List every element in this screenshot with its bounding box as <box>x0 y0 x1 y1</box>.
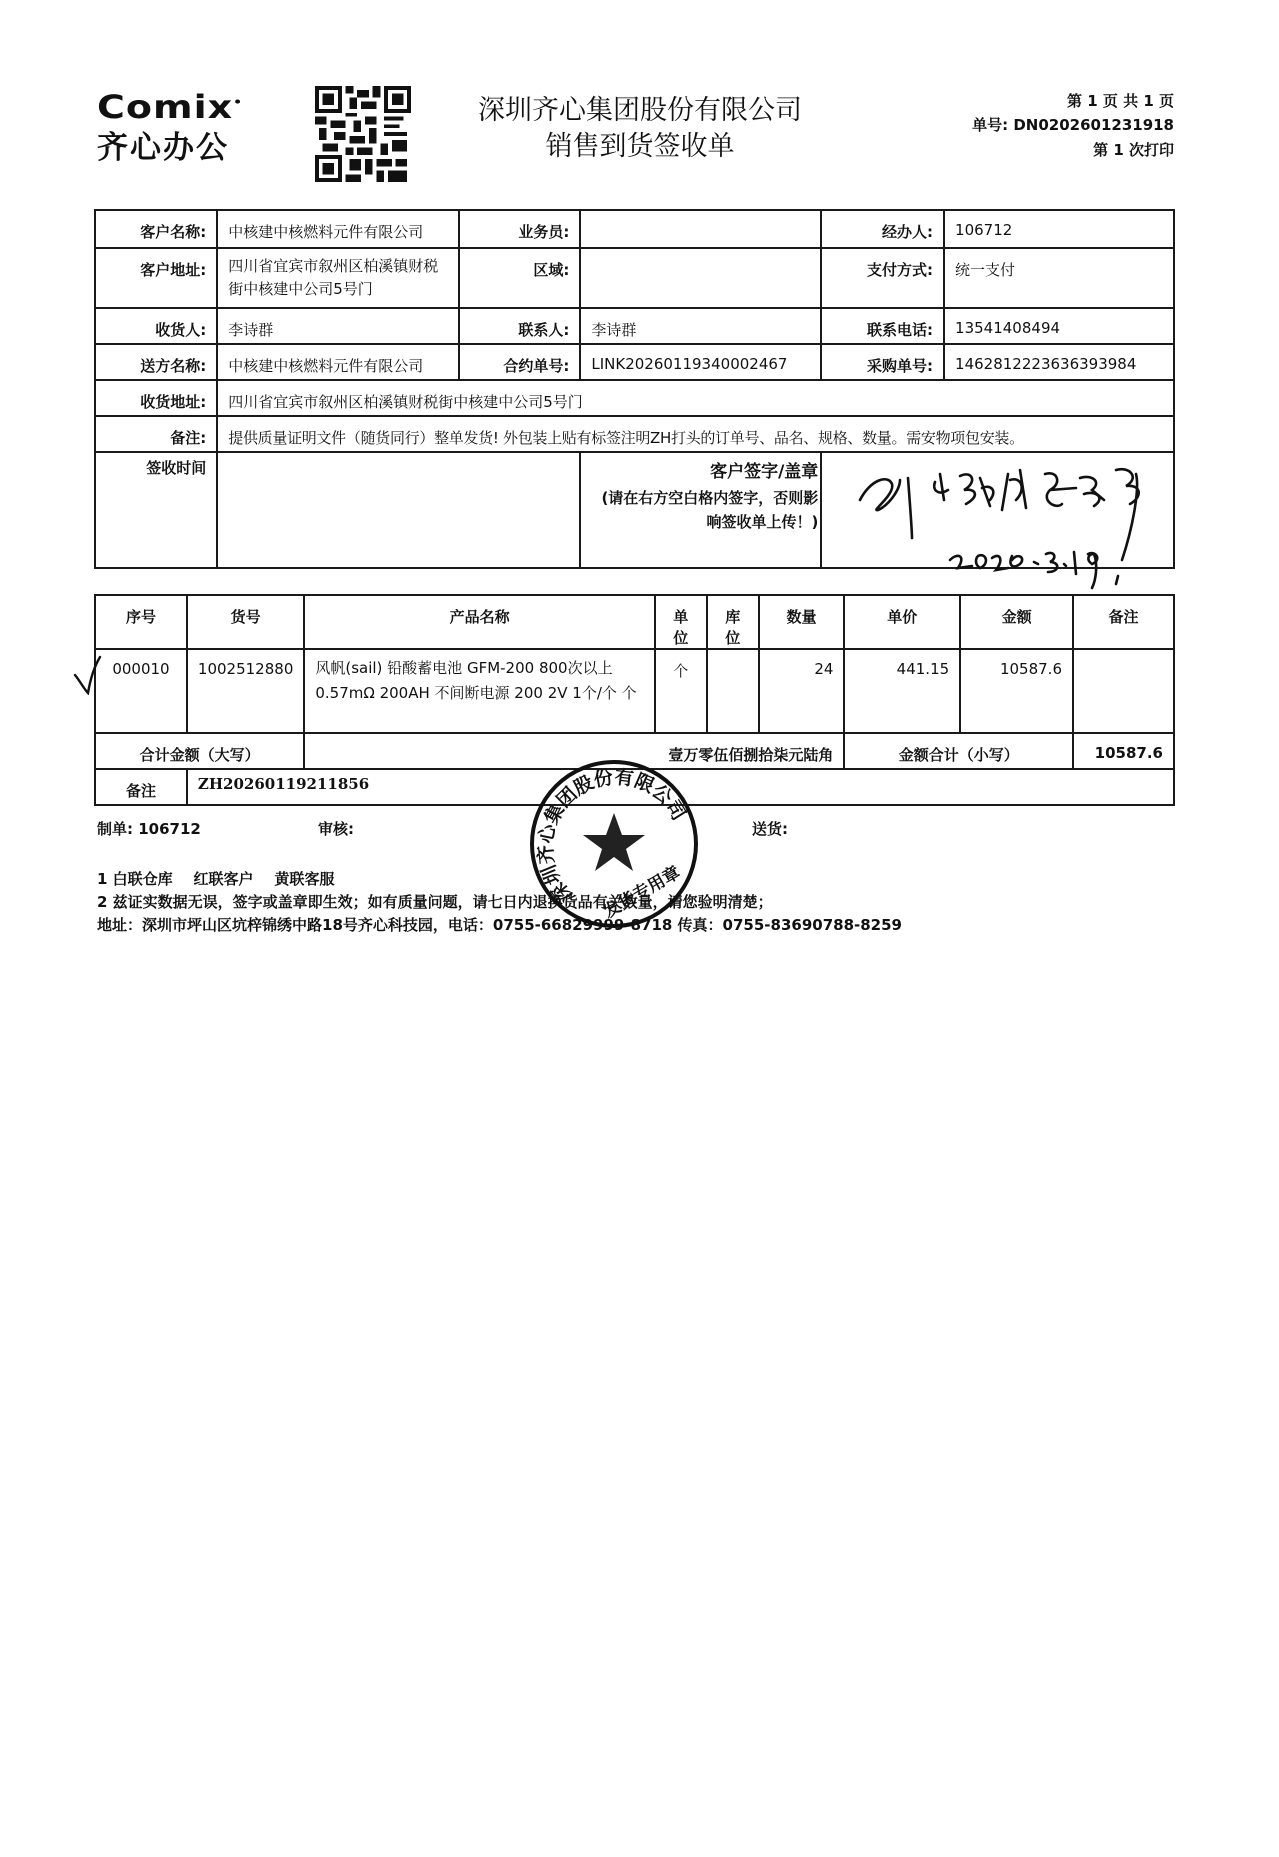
ship-to: 中核建中核燃料元件有限公司 <box>217 344 458 380</box>
item-sku: 1002512880 <box>187 649 304 733</box>
handler: 106712 <box>944 210 1174 248</box>
review-label: 审核: <box>318 818 354 839</box>
column-header-sku: 货号 <box>187 595 304 649</box>
company-address: 地址：深圳市坪山区坑梓锦绣中路18号齐心科技园，电话：0755-66829999… <box>97 914 902 935</box>
delivery-address-label: 收货地址: <box>95 380 217 416</box>
document-title: 销售到货签收单 <box>470 124 810 163</box>
order-number: 单号: DN0202601231918 <box>972 114 1174 135</box>
item-qty: 24 <box>759 649 845 733</box>
payment-method: 统一支付 <box>944 248 1174 308</box>
region-label: 区域: <box>459 248 581 308</box>
column-header-unit: 单位 <box>655 595 707 649</box>
column-header-amount: 金额 <box>960 595 1073 649</box>
total-upper-label: 合计金额（大写） <box>95 733 304 769</box>
total-lower-label: 金额合计（小写） <box>844 733 1073 769</box>
column-header-qty: 数量 <box>759 595 845 649</box>
maker: 制单: 106712 <box>97 818 201 839</box>
column-header-remark: 备注 <box>1073 595 1174 649</box>
copy-distribution: 1 白联仓库 红联客户 黄联客服 <box>97 868 334 889</box>
contact-label: 联系人: <box>459 308 581 344</box>
item-price: 441.15 <box>844 649 960 733</box>
company-stamp: 深圳齐心集团股份有限公司 发货专用章 <box>525 755 703 933</box>
column-header-price: 单价 <box>844 595 960 649</box>
column-header-location: 库位 <box>707 595 759 649</box>
region <box>580 248 821 308</box>
item-location <box>707 649 759 733</box>
phone: 13541408494 <box>944 308 1174 344</box>
remark: 提供质量证明文件（随货同行）整单发货! 外包装上贴有标签注明ZH打头的订单号、品… <box>217 416 1174 452</box>
receiver-label: 收货人: <box>95 308 217 344</box>
phone-label: 联系电话: <box>821 308 944 344</box>
salesman <box>580 210 821 248</box>
ship-to-label: 送方名称: <box>95 344 217 380</box>
remark-label: 备注: <box>95 416 217 452</box>
item-remark <box>1073 649 1174 733</box>
column-header-product: 产品名称 <box>304 595 654 649</box>
company-name: 深圳齐心集团股份有限公司 <box>470 88 810 127</box>
customer-name-label: 客户名称: <box>95 210 217 248</box>
sign-time-field[interactable] <box>217 452 580 568</box>
purchase-number: 1462812223636393984 <box>944 344 1174 380</box>
contract-number: LINK20260119340002467 <box>580 344 821 380</box>
customer-address: 四川省宜宾市叙州区柏溪镇财税街中核建中公司5号门 <box>217 248 458 308</box>
customer-name: 中核建中核燃料元件有限公司 <box>217 210 458 248</box>
total-lower: 10587.6 <box>1073 733 1174 769</box>
item-name: 风帆(sail) 铅酸蓄电池 GFM-200 800次以上 0.57mΩ 200… <box>304 649 654 733</box>
delivery-address: 四川省宜宾市叙州区柏溪镇财税街中核建中公司5号门 <box>217 380 1174 416</box>
logo-comix: Comix• <box>97 88 243 125</box>
receiver: 李诗群 <box>217 308 458 344</box>
print-count: 第 1 次打印 <box>1093 139 1174 160</box>
contact: 李诗群 <box>580 308 821 344</box>
delivery-label: 送货: <box>752 818 788 839</box>
signature-label: 客户签字/盖章 <box>589 457 818 482</box>
svg-text:发货专用章: 发货专用章 <box>599 862 684 923</box>
item-seq: 000010 <box>95 649 187 733</box>
checkmark-icon <box>72 655 102 695</box>
column-header-seq: 序号 <box>95 595 187 649</box>
star-icon <box>583 813 645 871</box>
contract-label: 合约单号: <box>459 344 581 380</box>
handler-label: 经办人: <box>821 210 944 248</box>
qr-code-icon <box>315 86 411 182</box>
page-info: 第 1 页 共 1 页 <box>1067 90 1174 111</box>
purchase-label: 采购单号: <box>821 344 944 380</box>
item-amount: 10587.6 <box>960 649 1073 733</box>
signature-instructions: 客户签字/盖章 (请在右方空白格内签字，否则影响签收单上传！) <box>580 452 821 568</box>
payment-label: 支付方式: <box>821 248 944 308</box>
logo-chinese: 齐心办公 <box>97 122 229 167</box>
table-row: 000010 1002512880 风帆(sail) 铅酸蓄电池 GFM-200… <box>95 649 1174 733</box>
sign-time-label: 签收时间 <box>95 452 217 568</box>
customer-address-label: 客户地址: <box>95 248 217 308</box>
order-remark-label: 备注 <box>95 769 187 805</box>
salesman-label: 业务员: <box>459 210 581 248</box>
handwritten-signature <box>840 460 1180 595</box>
signature-note: (请在右方空白格内签字，否则影响签收单上传！) <box>589 486 818 534</box>
item-unit: 个 <box>655 649 707 733</box>
